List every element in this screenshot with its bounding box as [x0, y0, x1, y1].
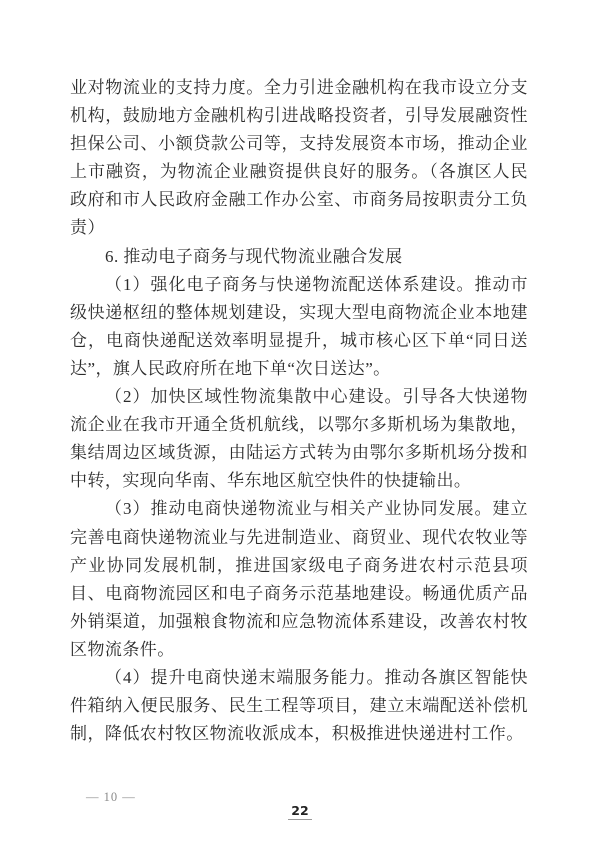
- text-line: 中转，实现向华南、华东地区航空快件的快捷输出。: [70, 467, 528, 495]
- text-line: 集结周边区域货源，由陆运方式转为由鄂尔多斯机场分拨和: [70, 439, 528, 467]
- text-line: 业对物流业的支持力度。全力引进金融机构在我市设立分支: [70, 74, 528, 102]
- text-line: 上市融资，为物流企业融资提供良好的服务。（各旗区人民: [70, 158, 528, 186]
- text-line: 达”，旗人民政府所在地下单“次日送达”。: [70, 355, 528, 383]
- text-line: 完善电商快递物流业与先进制造业、商贸业、现代农牧业等: [70, 524, 528, 552]
- text-line: 仓，电商快递配送效率明显提升，城市核心区下单“同日送: [70, 327, 528, 355]
- viewer-page-number: 22: [288, 803, 311, 820]
- text-line: 政府和市人民政府金融工作办公室、市商务局按职责分工负: [70, 186, 528, 214]
- text-line: （3）推动电商快递物流业与相关产业协同发展。建立: [70, 495, 528, 523]
- text-line: 目、电商物流园区和电子商务示范基地建设。畅通优质产品: [70, 580, 528, 608]
- text-line: 外销渠道，加强粮食物流和应急物流体系建设，改善农村牧: [70, 608, 528, 636]
- text-line: 流企业在我市开通全货机航线，以鄂尔多斯机场为集散地，: [70, 411, 528, 439]
- text-line: 区物流条件。: [70, 636, 528, 664]
- text-line: （1）强化电子商务与快递物流配送体系建设。推动市: [70, 271, 528, 299]
- text-line: 件箱纳入便民服务、民生工程等项目，建立末端配送补偿机: [70, 692, 528, 720]
- document-body: 业对物流业的支持力度。全力引进金融机构在我市设立分支 机构，鼓励地方金融机构引进…: [70, 74, 528, 748]
- text-line: 责）: [70, 214, 528, 242]
- text-line: 制，降低农村牧区物流收派成本，积极推进快递进村工作。: [70, 720, 528, 748]
- text-line: 担保公司、小额贷款公司等，支持发展资本市场，推动企业: [70, 130, 528, 158]
- text-line: （2）加快区域性物流集散中心建设。引导各大快递物: [70, 383, 528, 411]
- section-heading: 6. 推动电子商务与现代物流业融合发展: [70, 243, 528, 271]
- text-line: 级快递枢纽的整体规划建设，实现大型电商物流企业本地建: [70, 299, 528, 327]
- text-line: 产业协同发展机制，推进国家级电子商务进农村示范县项: [70, 552, 528, 580]
- text-line: （4）提升电商快递末端服务能力。推动各旗区智能快: [70, 664, 528, 692]
- document-page: 业对物流业的支持力度。全力引进金融机构在我市设立分支 机构，鼓励地方金融机构引进…: [0, 0, 600, 848]
- text-line: 机构，鼓励地方金融机构引进战略投资者，引导发展融资性: [70, 102, 528, 130]
- viewer-page-number-container: 22: [0, 802, 600, 820]
